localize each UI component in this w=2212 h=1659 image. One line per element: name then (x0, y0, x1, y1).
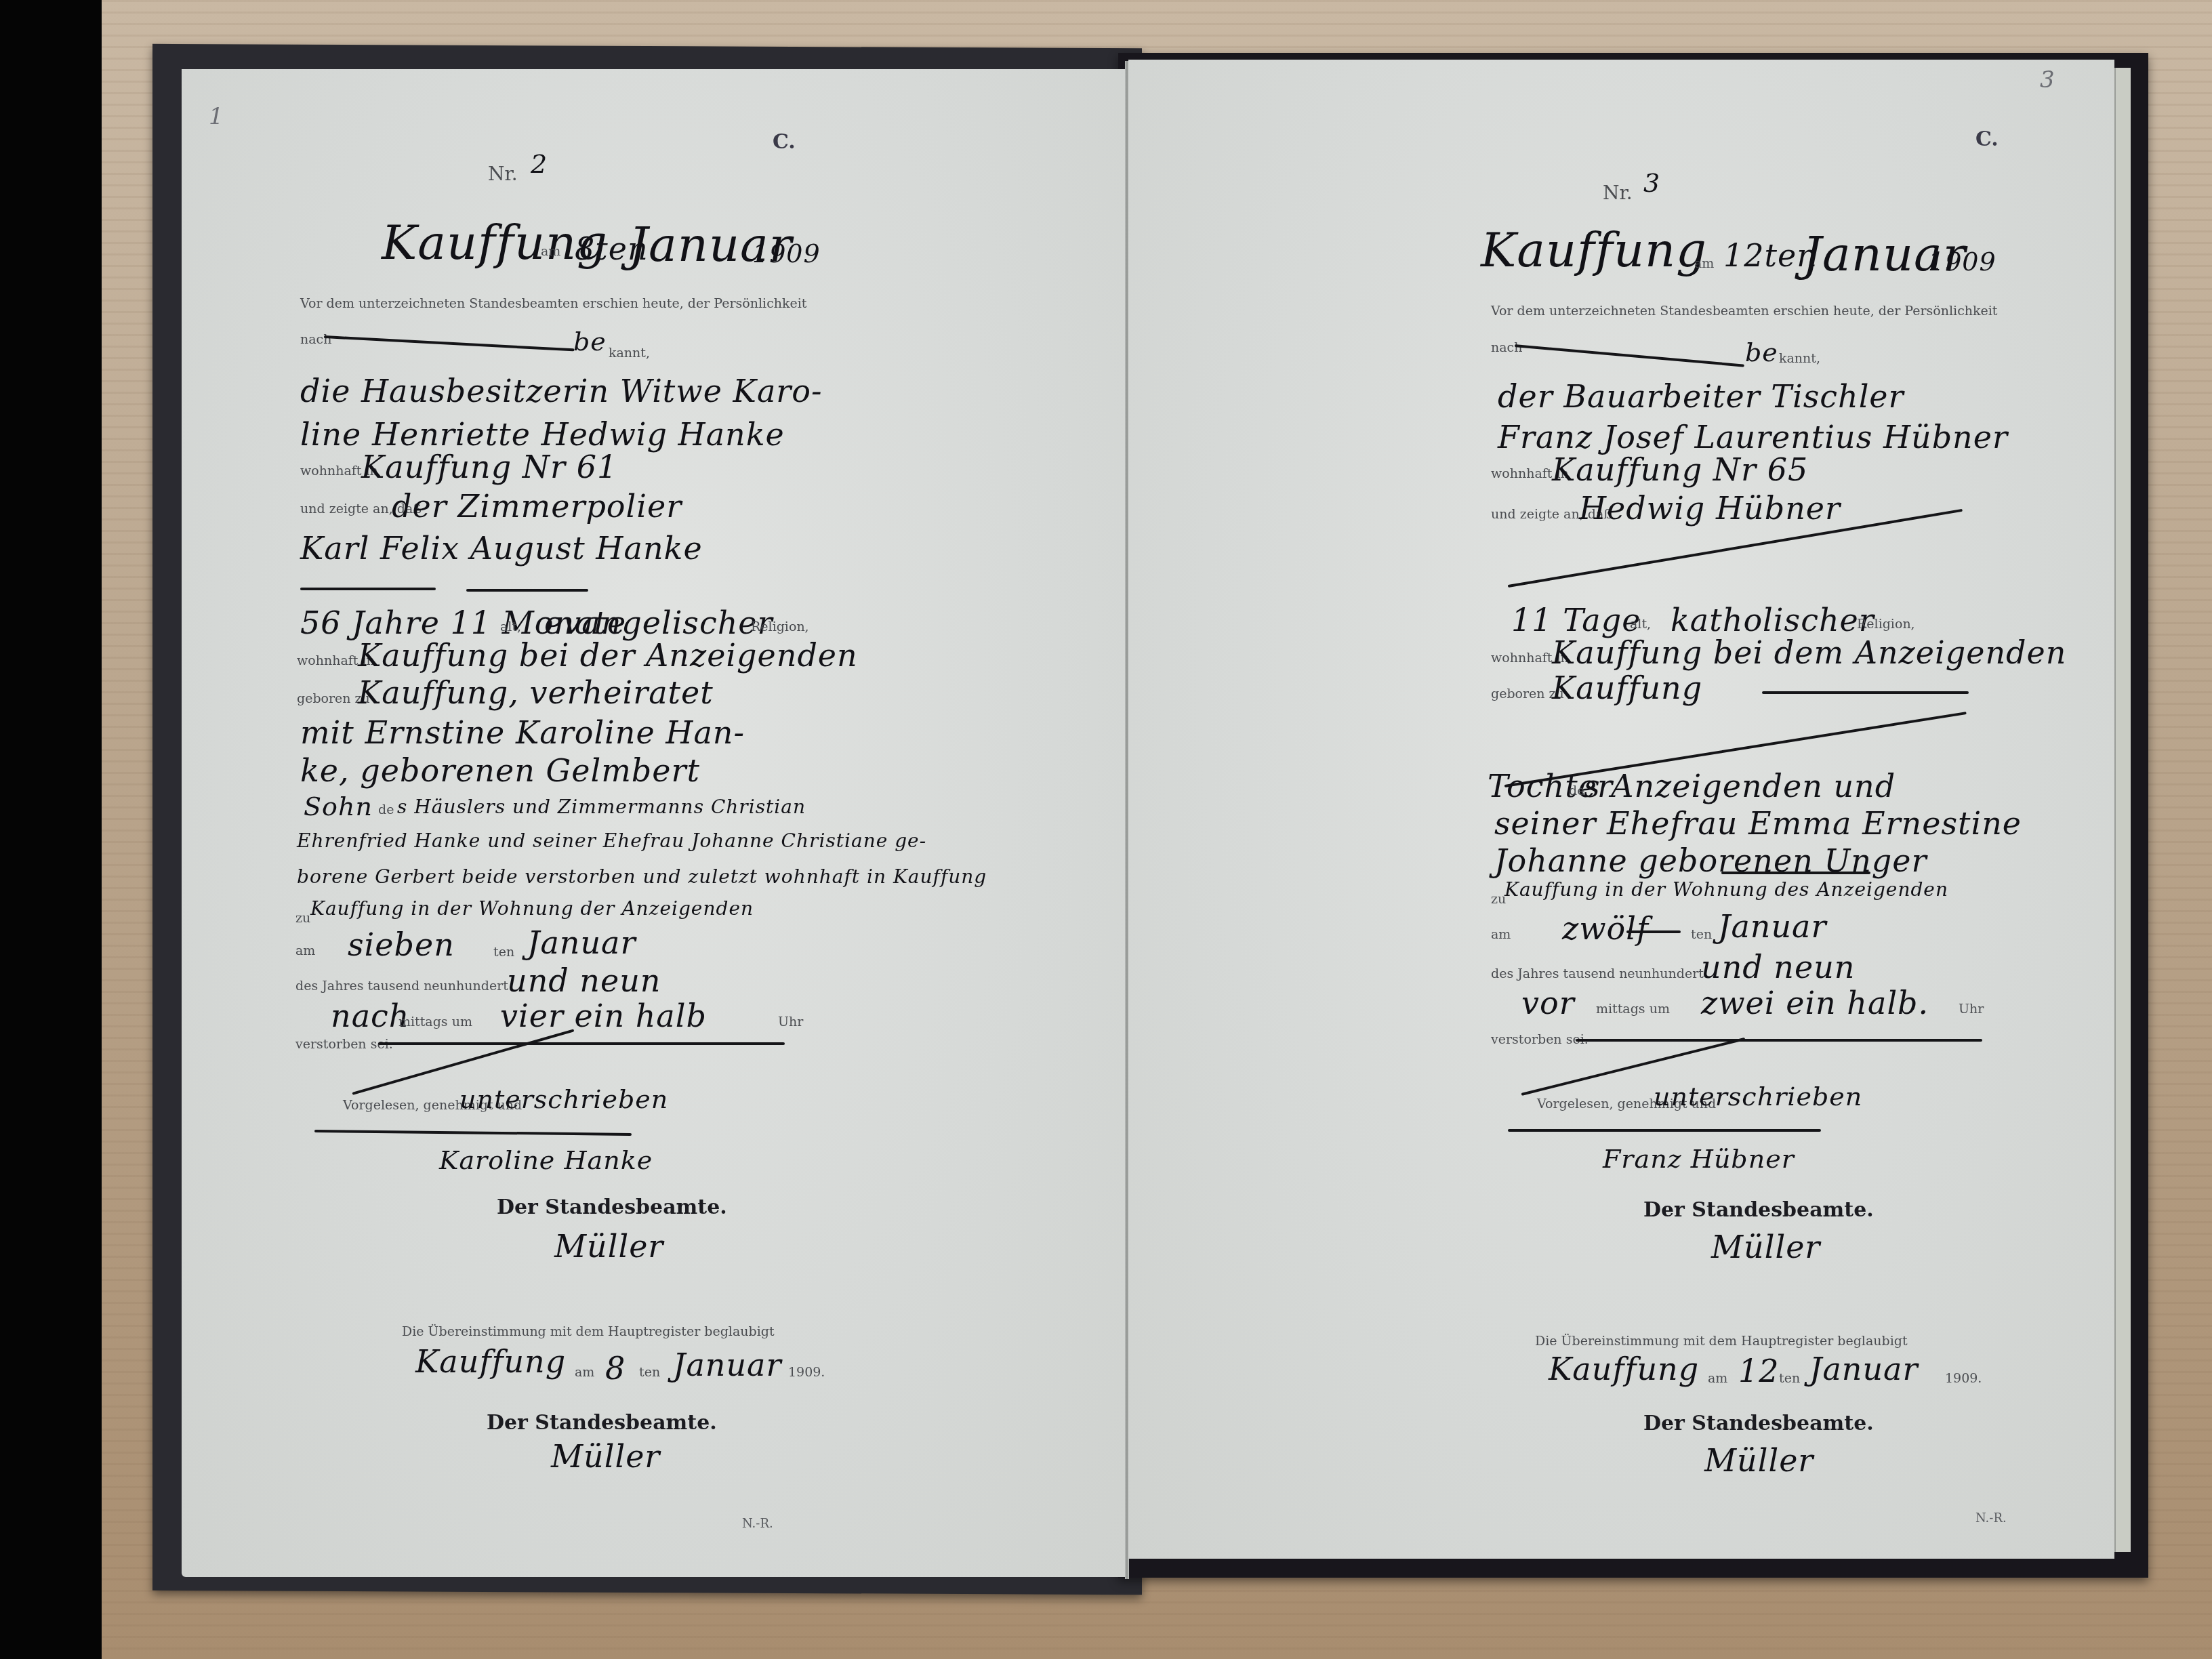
ten-label: ten (639, 1365, 660, 1380)
registrar-signature: Müller (554, 1228, 663, 1265)
intro-text: Vor dem unterzeichneten Standesbeamten e… (1491, 304, 1998, 319)
read-approved: unterschrieben (459, 1084, 668, 1114)
form-letter: C. (773, 130, 796, 154)
registrar-title: Der Standesbeamte. (497, 1195, 727, 1219)
entry-number: 3 (1643, 168, 1660, 198)
registrar-title: Der Standesbeamte. (487, 1411, 717, 1435)
year: 1909 (752, 239, 821, 268)
alt-label: alt, (500, 619, 521, 634)
am-label: am (295, 943, 315, 958)
informant-line2: line Henriette Hedwig Hanke (300, 416, 785, 453)
register-page-left: 1 C. Nr. 2 Kauffung am 8ten Januar 1909 … (182, 69, 1128, 1577)
residence: Kauffung bei der Anzeigenden (358, 637, 858, 674)
informant-residence: Kauffung Nr 65 (1552, 451, 1808, 488)
de-label: de (378, 802, 394, 817)
parents-line2: Ehrenfried Hanke und seiner Ehefrau Joha… (297, 829, 926, 852)
born-line1: Kauffung (1552, 670, 1702, 706)
time-prefix: vor (1521, 985, 1575, 1021)
entry-number: 2 (531, 149, 548, 179)
underline (1721, 872, 1870, 874)
registrar-signature: Müller (1704, 1442, 1814, 1479)
underline (466, 589, 588, 592)
death-place: Kauffung in der Wohnung der Anzeigenden (310, 897, 754, 920)
certified-day: 8 (605, 1350, 626, 1387)
deceased-name: Hedwig Hübner (1579, 490, 1841, 527)
underline (300, 588, 436, 590)
separator-line (1508, 1129, 1821, 1132)
time-prefix: nach (331, 998, 409, 1034)
parents-line1: s Häuslers und Zimmermanns Christian (397, 796, 806, 818)
registrar-signature: Müller (551, 1438, 660, 1475)
read-approved: unterschrieben (1654, 1082, 1862, 1111)
deceased-name: Karl Felix August Hanke (300, 530, 703, 567)
kannt-label: kannt, (609, 346, 650, 361)
footer-mark: N.-R. (742, 1517, 773, 1531)
born-line3: ke, geborenen Gelmbert (300, 752, 700, 789)
footer-mark: N.-R. (1975, 1511, 2007, 1525)
religion: evangelischer (544, 605, 773, 641)
beglaubigt-label: Die Übereinstimmung mit dem Hauptregiste… (1535, 1334, 1908, 1349)
death-year-words: und neun (1701, 949, 1855, 985)
born-line1: Kauffung, verheiratet (358, 674, 714, 711)
parents-line1: s Anzeigenden und (1584, 768, 1896, 804)
registrar-title: Der Standesbeamte. (1643, 1198, 1874, 1222)
ten-label: ten (1691, 927, 1712, 942)
place: Kauffung (382, 215, 608, 270)
place: Kauffung (1481, 222, 1707, 278)
certified-place: Kauffung (1549, 1351, 1699, 1387)
known-by: be (573, 327, 607, 356)
religion-label: Religion, (1857, 617, 1915, 632)
des-jahres-label: des Jahres tausend neunhundert (1491, 966, 1704, 981)
ten-label: ten (1779, 1371, 1800, 1386)
strike-line (378, 1042, 785, 1045)
residence: Kauffung bei dem Anzeigenden (1552, 634, 2066, 671)
beglaubigt-label: Die Übereinstimmung mit dem Hauptregiste… (402, 1324, 775, 1339)
known-by: be (1745, 337, 1778, 367)
pencil-folio-number: 3 (2040, 66, 2055, 94)
death-time: zwei ein halb. (1701, 985, 1929, 1021)
year: 1909 (1928, 247, 1996, 276)
ten-label: ten (493, 945, 514, 960)
des-jahres-label: des Jahres tausend neunhundert (295, 979, 508, 994)
death-time: vier ein halb (500, 998, 707, 1034)
registrar-title: Der Standesbeamte. (1643, 1412, 1874, 1435)
registrar-signature: Müller (1711, 1229, 1820, 1265)
parents-line2: seiner Ehefrau Emma Ernestine (1494, 805, 2022, 842)
nr-label: Nr. (488, 163, 518, 185)
kannt-label: kannt, (1779, 351, 1820, 366)
underline (1626, 930, 1681, 933)
uhr-label: Uhr (1959, 1002, 1984, 1017)
mittags-label: mittags um (1596, 1002, 1670, 1017)
informant-residence: Kauffung Nr 61 (361, 449, 617, 485)
informant-line1: der Bauarbeiter Tischler (1498, 378, 1904, 415)
am-label: am (1491, 927, 1511, 942)
certified-month: Januar (1809, 1351, 1919, 1387)
pencil-folio-number: 1 (209, 103, 224, 130)
uhr-label: Uhr (778, 1015, 803, 1029)
death-month: Januar (1718, 908, 1827, 945)
certified-year: 1909. (1945, 1371, 1982, 1386)
death-place: Kauffung in der Wohnung des Anzeigenden (1504, 878, 1948, 901)
parents-line3: borene Gerbert beide verstorben und zule… (297, 865, 987, 888)
age: 11 Tage (1511, 602, 1641, 638)
strike-line (324, 335, 575, 351)
de-label: de (1569, 783, 1584, 798)
black-border-strip (0, 0, 102, 1659)
zu-label: zu (1491, 892, 1506, 907)
register-page-right: 3 C. Nr. 3 Kauffung am 12ten Januar 1909… (1128, 60, 2114, 1559)
religion-label: Religion, (751, 619, 809, 634)
nach-label: nach (1491, 340, 1522, 355)
zu-label: zu (295, 911, 310, 926)
death-day: zwölf (1562, 910, 1649, 947)
death-year-words: und neun (507, 962, 661, 999)
verstorben-label: verstorben sei. (1491, 1032, 1589, 1047)
parents-prefix: Sohn (304, 792, 373, 821)
certified-month: Januar (673, 1347, 782, 1383)
intro-text: Vor dem unterzeichneten Standesbeamten e… (300, 296, 807, 311)
certified-place: Kauffung (415, 1343, 566, 1380)
am-label: am (1694, 256, 1714, 271)
alt-label: alt, (1630, 617, 1651, 632)
form-letter: C. (1975, 127, 1999, 151)
am-label: am (1708, 1371, 1727, 1386)
informant-line1: die Hausbesitzerin Witwe Karo- (300, 373, 823, 409)
informant-signature: Franz Hübner (1603, 1144, 1795, 1174)
strike-line (1576, 1039, 1982, 1042)
strike-line (1762, 691, 1969, 694)
am-label: am (575, 1365, 594, 1380)
informant-line2: Franz Josef Laurentius Hübner (1498, 419, 2008, 455)
nr-label: Nr. (1603, 182, 1633, 204)
mittags-label: mittags um (398, 1015, 472, 1029)
death-month: Januar (527, 924, 636, 961)
strike-line (1515, 344, 1744, 367)
page-block-edge (2114, 68, 2131, 1552)
certified-year: 1909. (788, 1365, 825, 1380)
informant-signature: Karoline Hanke (439, 1145, 653, 1175)
certified-day: 12 (1738, 1353, 1780, 1389)
separator-line (314, 1130, 632, 1136)
deceased-line1: der Zimmerpolier (392, 488, 682, 525)
religion: katholischer (1671, 602, 1875, 638)
born-line2: mit Ernstine Karoline Han- (300, 714, 745, 751)
death-day: sieben (348, 926, 455, 963)
nach-label: nach (300, 332, 331, 347)
am-label: am (541, 244, 560, 259)
